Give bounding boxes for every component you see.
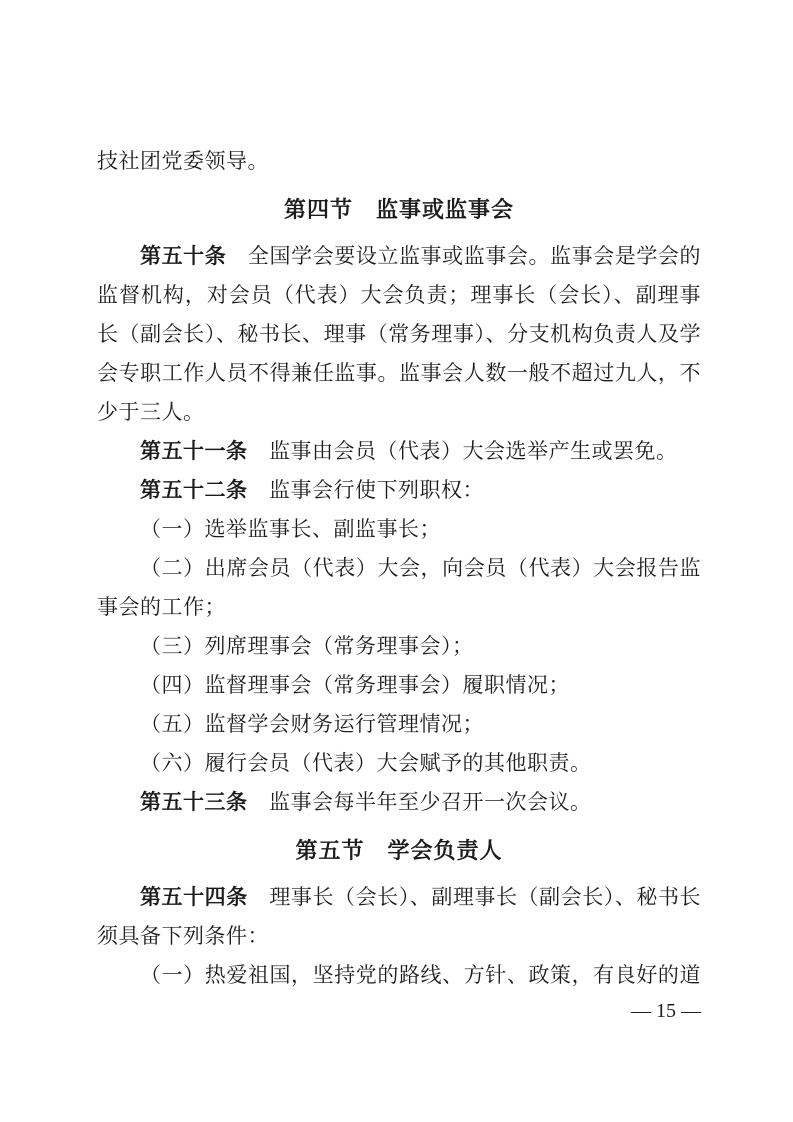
document-page: 技社团党委领导。 第四节 监事或监事会 第五十条 全国学会要设立监事或监事会。监… (0, 0, 793, 1122)
list-item: （五）监督学会财务运行管理情况； (97, 705, 701, 744)
paragraph-text: 监事会行使下列职权： (269, 478, 484, 502)
article-number: 第五十三条 (140, 790, 269, 814)
list-item: （一）选举监事长、副监事长； (97, 510, 701, 549)
paragraph-text: （六）履行会员（代表）大会赋予的其他职责。 (140, 751, 592, 775)
paragraph: （一）热爱祖国，坚持党的路线、方针、政策，有良好的道 (97, 956, 701, 995)
paragraph: 第五十二条 监事会行使下列职权： (97, 471, 701, 510)
article-number: 第五十条 (140, 244, 248, 268)
section-heading: 第四节 监事或监事会 (97, 190, 701, 230)
paragraph: 第五十条 全国学会要设立监事或监事会。监事会是学会的监督机构，对会员（代表）大会… (97, 237, 701, 432)
page-footer: — 15 — (97, 998, 701, 1024)
paragraph: 第五十一条 监事由会员（代表）大会选举产生或罢免。 (97, 432, 701, 471)
paragraph-text: （一）热爱祖国，坚持党的路线、方针、政策，有良好的道 (140, 963, 701, 987)
paragraph-text: 全国学会要设立监事或监事会。监事会是学会的监督机构，对会员（代表）大会负责；理事… (97, 244, 701, 424)
paragraph-text: （三）列席理事会（常务理事会）； (140, 634, 474, 658)
paragraph-text: 监事会每半年至少召开一次会议。 (269, 790, 592, 814)
list-item: （六）履行会员（代表）大会赋予的其他职责。 (97, 744, 701, 783)
list-item: （四）监督理事会（常务理事会）履职情况； (97, 666, 701, 705)
list-item: （二）出席会员（代表）大会，向会员（代表）大会报告监事会的工作； (97, 549, 701, 627)
section-heading: 第五节 学会负责人 (97, 831, 701, 871)
page-content: 技社团党委领导。 第四节 监事或监事会 第五十条 全国学会要设立监事或监事会。监… (97, 142, 701, 995)
paragraph-text: （二）出席会员（代表）大会，向会员（代表）大会报告监事会的工作； (97, 556, 701, 619)
paragraph-text: 监事由会员（代表）大会选举产生或罢免。 (269, 439, 678, 463)
page-number: — 15 — (631, 1000, 701, 1022)
paragraph-text: （一）选举监事长、副监事长； (140, 517, 441, 541)
paragraph-text: （四）监督理事会（常务理事会）履职情况； (140, 673, 570, 697)
paragraph: 技社团党委领导。 (97, 142, 701, 181)
paragraph: 第五十三条 监事会每半年至少召开一次会议。 (97, 783, 701, 822)
paragraph-text: （五）监督学会财务运行管理情况； (140, 712, 484, 736)
article-number: 第五十一条 (140, 439, 269, 463)
article-number: 第五十二条 (140, 478, 269, 502)
article-number: 第五十四条 (140, 885, 269, 909)
paragraph: 第五十四条 理事长（会长）、副理事长（副会长）、秘书长须具备下列条件： (97, 878, 701, 956)
list-item: （三）列席理事会（常务理事会）； (97, 627, 701, 666)
paragraph-text: 技社团党委领导。 (97, 149, 269, 173)
